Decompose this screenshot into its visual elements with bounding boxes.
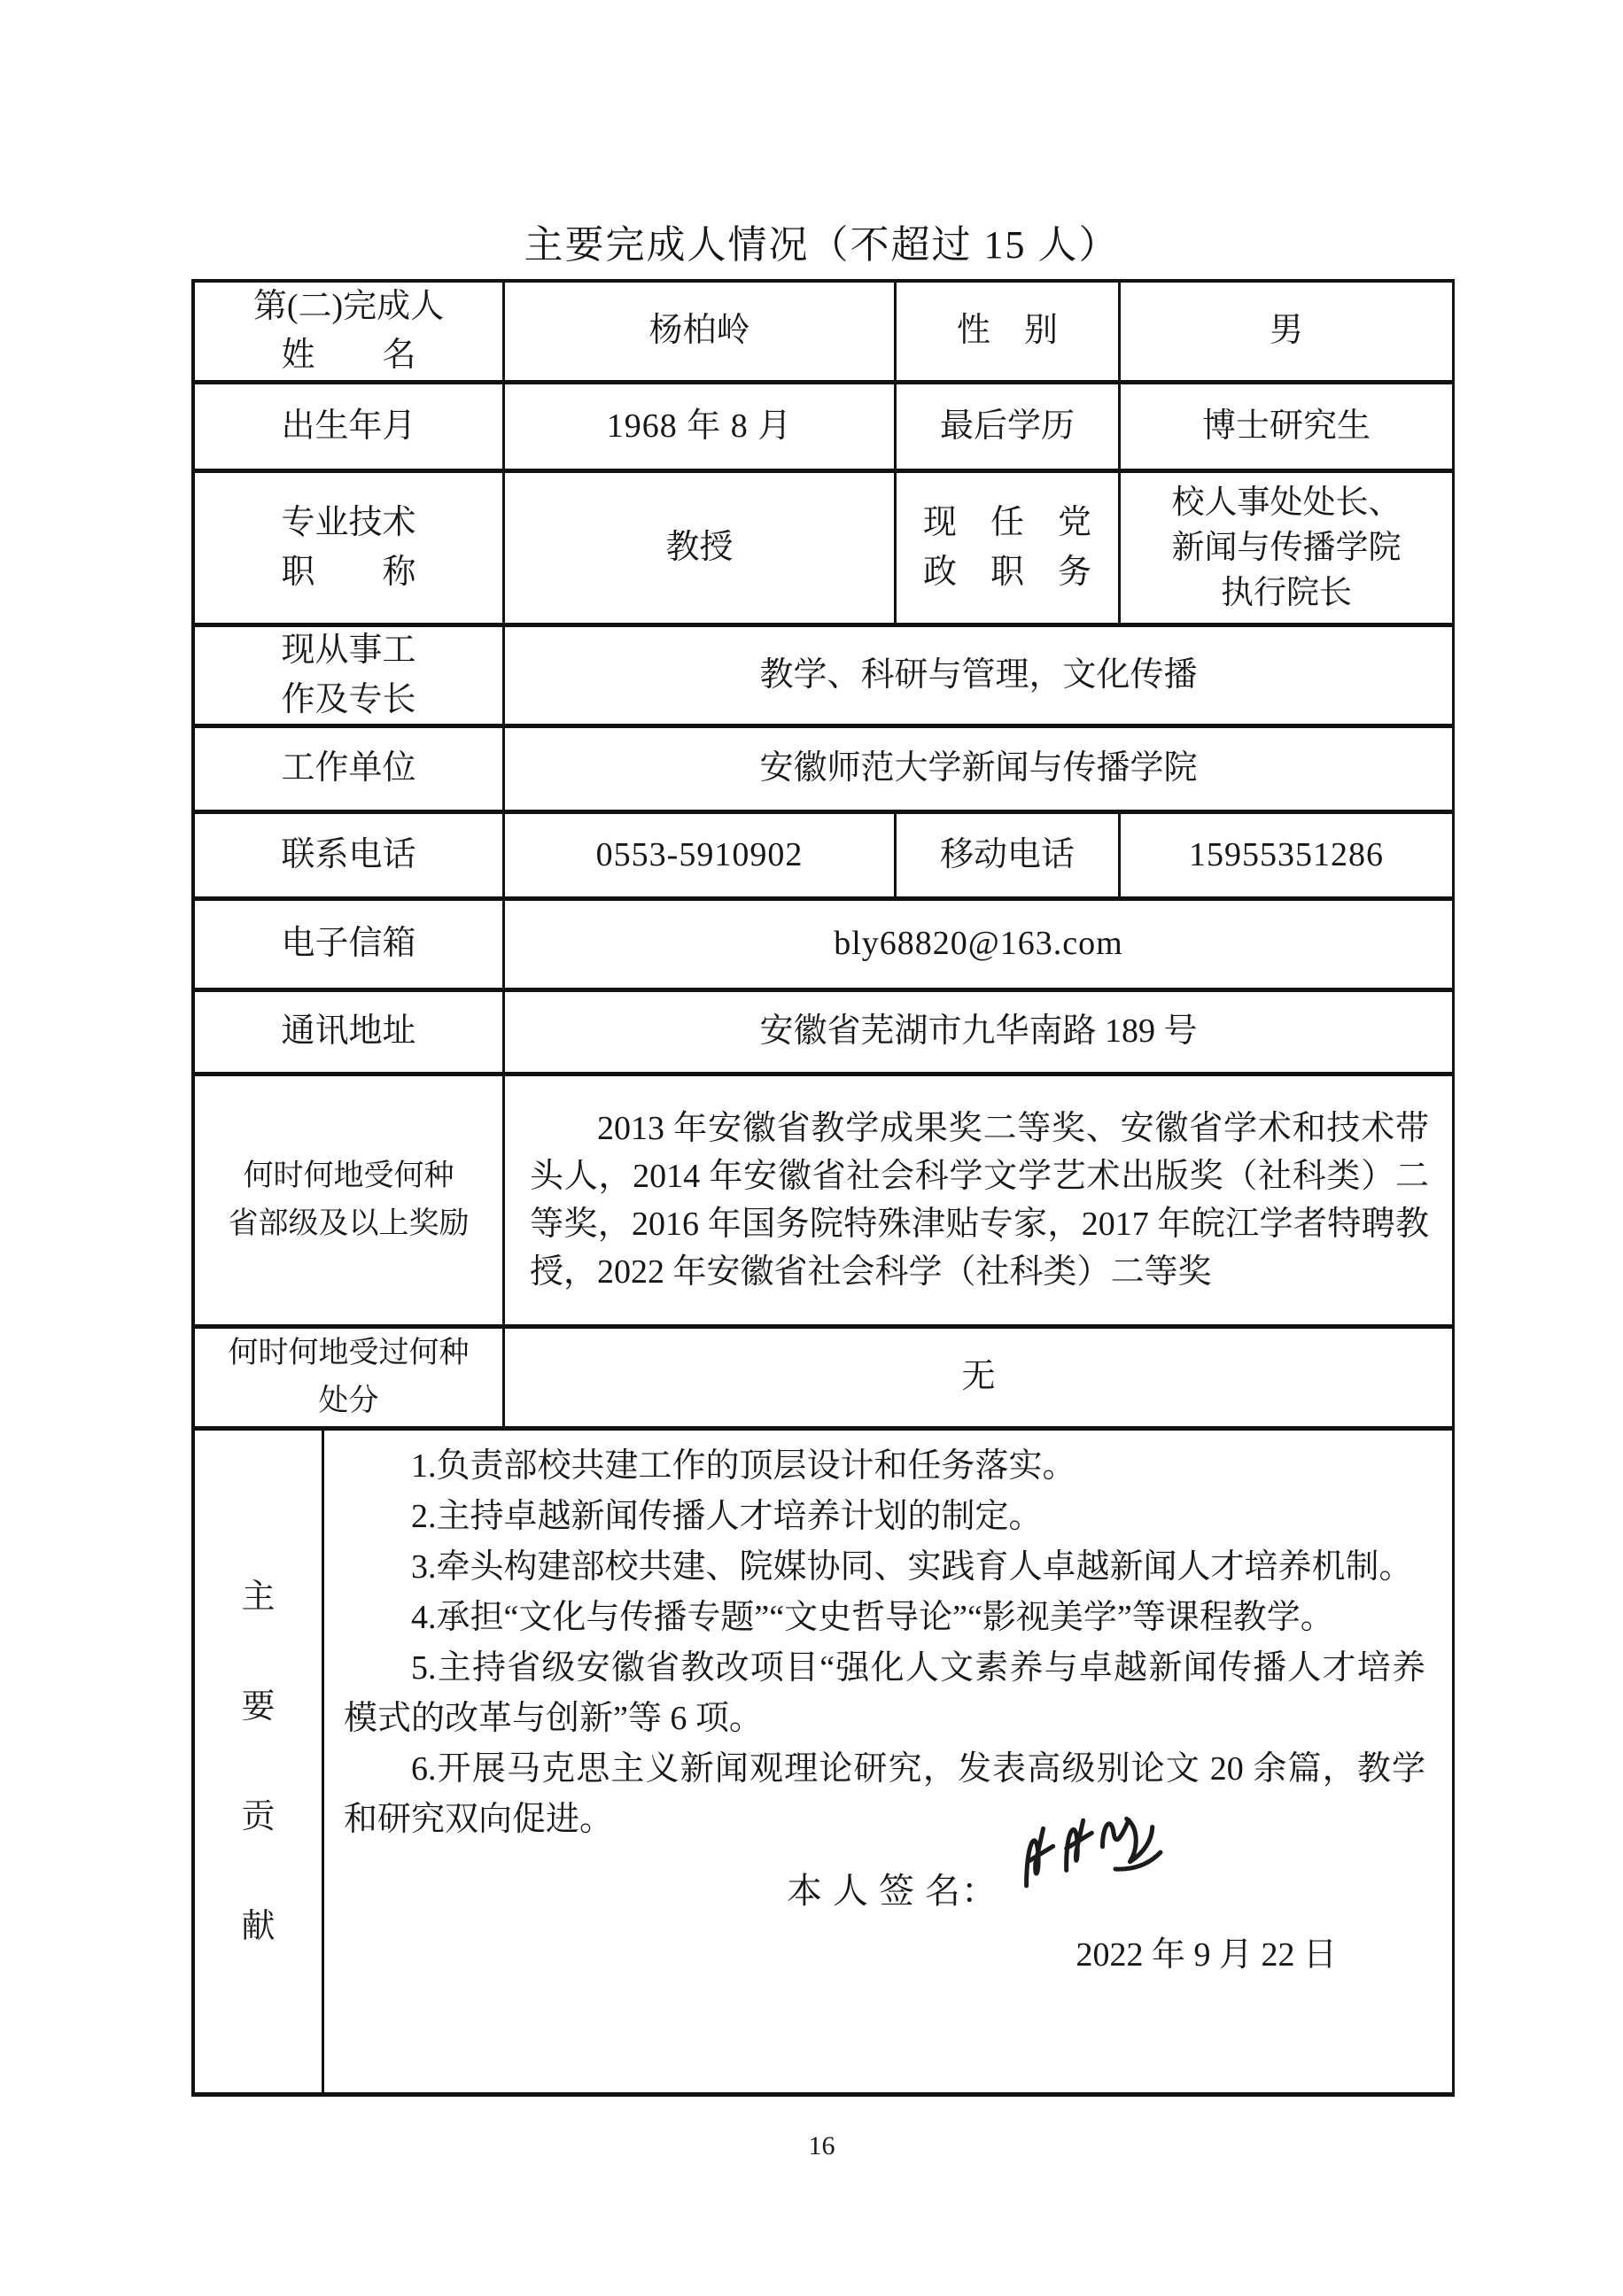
contribution-item-2: 2.主持卓越新闻传播人才培养计划的制定。 [344,1492,1425,1542]
current-work-value: 教学、科研与管理，文化传播 [505,627,1452,728]
completer-label-line2: 姓 名 [281,331,415,380]
contributions-label-char-3: 贡 [241,1800,275,1834]
mobile-label: 移动电话 [897,814,1121,901]
punishment-label-line2: 处分 [319,1377,379,1425]
contributions-label-char-1: 主 [241,1580,275,1614]
completer-name-label: 第(二)完成人 姓 名 [195,283,505,384]
party-position-value-line1: 校人事处处长、 [1172,480,1402,525]
awards-label-line2: 省部级及以上奖励 [229,1200,470,1248]
professional-title-label-line1: 专业技术 [281,499,415,547]
signature-row: 本 人 签 名： [787,1858,1425,1916]
address-label: 通讯地址 [195,992,505,1076]
education-value: 博士研究生 [1121,384,1452,473]
contributions-body: 1.负责部校共建工作的顶层设计和任务落实。 2.主持卓越新闻传播人才培养计划的制… [324,1431,1452,2092]
contribution-item-3: 3.牵头构建部校共建、院媒协同、实践育人卓越新闻人才培养机制。 [344,1542,1425,1593]
contribution-item-4: 4.承担“文化与传播专题”“文史哲导论”“影视美学”等课程教学。 [344,1593,1425,1643]
employer-label: 工作单位 [195,728,505,814]
punishment-label-line1: 何时何地受过何种 [229,1330,470,1377]
party-position-value: 校人事处处长、 新闻与传播学院 执行院长 [1121,473,1452,627]
awards-value: 2013 年安徽省教学成果奖二等奖、安徽省学术和技术带头人，2014 年安徽省社… [505,1076,1452,1329]
birth-label: 出生年月 [195,384,505,473]
phone-label: 联系电话 [195,814,505,901]
signature-label: 本 人 签 名： [787,1865,998,1916]
contribution-item-6: 6.开展马克思主义新闻观理论研究，发表高级别论文 20 余篇，教学和研究双向促进… [344,1744,1425,1845]
awards-text: 2013 年安徽省教学成果奖二等奖、安徽省学术和技术带头人，2014 年安徽省社… [530,1105,1429,1296]
completer-info-table: 第(二)完成人 姓 名 杨柏岭 性 别 男 出生年月 1968 年 8 月 最后… [191,279,1455,2097]
mobile-value: 15955351286 [1121,814,1452,901]
email-value: bly68820@163.com [505,901,1452,992]
current-work-label-line1: 现从事工 [281,626,415,675]
email-label: 电子信箱 [195,901,505,992]
education-label: 最后学历 [897,384,1121,473]
contribution-item-5: 5.主持省级安徽省教改项目“强化人文素养与卓越新闻传播人才培养模式的改革与创新”… [344,1643,1425,1744]
page-number: 16 [193,2131,1450,2161]
address-value: 安徽省芜湖市九华南路 189 号 [505,992,1452,1076]
birth-value: 1968 年 8 月 [505,384,897,473]
contributions-label: 主 要 贡 献 [195,1431,324,2092]
professional-title-label: 专业技术 职 称 [195,473,505,627]
page-title: 主要完成人情况（不超过 15 人） [193,213,1450,269]
signature-image [1003,1794,1171,1900]
phone-value: 0553-5910902 [505,814,897,901]
party-position-label-line1: 现 任 党 [923,499,1091,547]
completer-label-line1: 第(二)完成人 [253,283,444,331]
awards-label-line1: 何时何地受何种 [244,1152,454,1200]
professional-title-label-line2: 职 称 [281,548,415,597]
contributions-label-char-2: 要 [241,1690,275,1724]
gender-value: 男 [1121,283,1452,384]
contribution-item-1: 1.负责部校共建工作的顶层设计和任务落实。 [344,1441,1425,1492]
contributions-label-char-4: 献 [241,1910,275,1943]
party-position-label-line2: 政 职 务 [923,548,1091,597]
document-page: 主要完成人情况（不超过 15 人） 第(二)完成人 姓 名 杨柏岭 性 别 男 … [0,0,1623,2296]
professional-title-value: 教授 [505,473,897,627]
signature-date: 2022 年 9 月 22 日 [344,1930,1425,1981]
party-position-label: 现 任 党 政 职 务 [897,473,1121,627]
current-work-label: 现从事工 作及专长 [195,627,505,728]
party-position-value-line2: 新闻与传播学院 [1172,525,1402,570]
punishment-label: 何时何地受过何种 处分 [195,1329,505,1431]
completer-name-value: 杨柏岭 [505,283,897,384]
employer-value: 安徽师范大学新闻与传播学院 [505,728,1452,814]
awards-label: 何时何地受何种 省部级及以上奖励 [195,1076,505,1329]
party-position-value-line3: 执行院长 [1221,570,1352,616]
current-work-label-line2: 作及专长 [281,676,415,725]
punishment-value: 无 [505,1329,1452,1431]
gender-label: 性 别 [897,283,1121,384]
